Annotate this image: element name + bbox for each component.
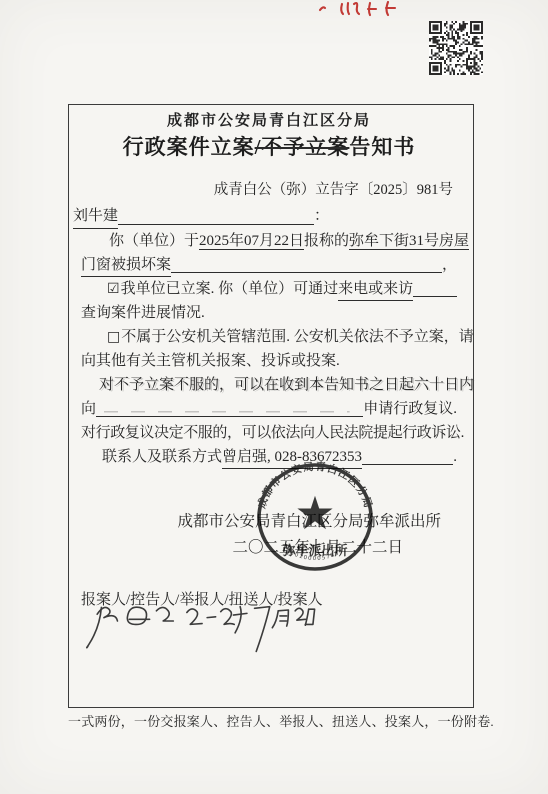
document-border: 成都市公安局青白江区分局 行政案件立案/不予立案告知书 成青白公（弥）立告字〔2…: [68, 104, 474, 708]
not-filed-text: 不属于公安机关管辖范围. 公安机关依法不予立案，请: [121, 329, 474, 345]
checked-checkbox-icon: ☑: [107, 277, 120, 301]
review-rights-line: 对不予立案不服的，可以在收到本告知书之日起六十日内: [81, 373, 457, 397]
document-number: 成青白公（弥）立告字〔2025〕981号: [81, 179, 457, 201]
addressee-blank-underline: [118, 203, 314, 225]
inquiry-method: 来电或来访: [338, 277, 413, 301]
official-seal-stamp: 成都市公安局青白江区分局 ★ 弥牟派出所 5101000057884: [250, 459, 380, 579]
case-filed-text: 我单位已立案. 你（单位）可通过: [121, 277, 339, 301]
signature-handwriting: [77, 599, 317, 665]
review-blank-line: 向 申请行政复议.: [81, 397, 457, 421]
title-filing-part: 行政案件立案: [123, 135, 255, 159]
review-to-prefix: 向: [81, 397, 96, 421]
red-handwriting-marks: [316, 1, 400, 17]
other-authority-line: 向其他有关主管机关报案、投诉或投案.: [81, 349, 457, 373]
report-line-1: 你（单位）于2025年07月22日报称的弥牟下街31号房屋: [81, 229, 457, 253]
distribution-note: 一式两份，一份交报案人、控告人、举报人、扭送人、投案人，一份附卷.: [68, 712, 476, 732]
addressee-name: 刘牛建: [73, 203, 118, 229]
unchecked-checkbox-icon: □: [107, 329, 120, 345]
contact-label: 联系人及联系方式: [102, 445, 222, 469]
review-apply-text: 申请行政复议.: [363, 397, 457, 421]
addressee-line: 刘牛建 ：: [73, 203, 457, 229]
title-notice-part: 告知书: [349, 135, 415, 159]
litigation-rights-line: 对行政复议决定不服的，可以依法向人民法院提起行政诉讼.: [81, 421, 457, 445]
case-name-part1: 弥牟下街31号房屋: [349, 233, 469, 250]
contact-period: .: [453, 445, 457, 469]
not-filed-option-line: □不属于公安机关管辖范围. 公安机关依法不予立案，请: [81, 325, 457, 349]
case-progress-line: 查询案件进展情况.: [81, 301, 457, 325]
report-line-2: 门窗被损坏案 ，: [81, 253, 457, 277]
case-name-blank-underline: [171, 253, 442, 273]
title-struck-not-filing-part: /不予立案: [255, 135, 350, 159]
inquiry-method-blank-underline: [413, 277, 457, 297]
document-title: 行政案件立案/不予立案告知书: [81, 131, 457, 163]
review-authority-blank-underline: [96, 397, 363, 417]
report-date: 2025年07月22日: [199, 233, 304, 250]
case-filed-option-line: ☑ 我单位已立案. 你（单位）可通过 来电或来访: [81, 277, 457, 301]
seal-star-icon: ★: [294, 486, 335, 540]
addressee-colon: ：: [314, 203, 329, 229]
scanned-document-page: 成都市公安局青白江区分局 行政案件立案/不予立案告知书 成青白公（弥）立告字〔2…: [0, 0, 548, 794]
issuing-authority-heading: 成都市公安局青白江区分局: [81, 111, 457, 131]
report-mid: 报称的: [304, 233, 349, 249]
case-name-part2: 门窗被损坏案: [81, 253, 171, 277]
report-prefix: 你（单位）于: [109, 233, 199, 249]
case-comma: ，: [442, 253, 457, 277]
qr-code: [429, 21, 483, 75]
